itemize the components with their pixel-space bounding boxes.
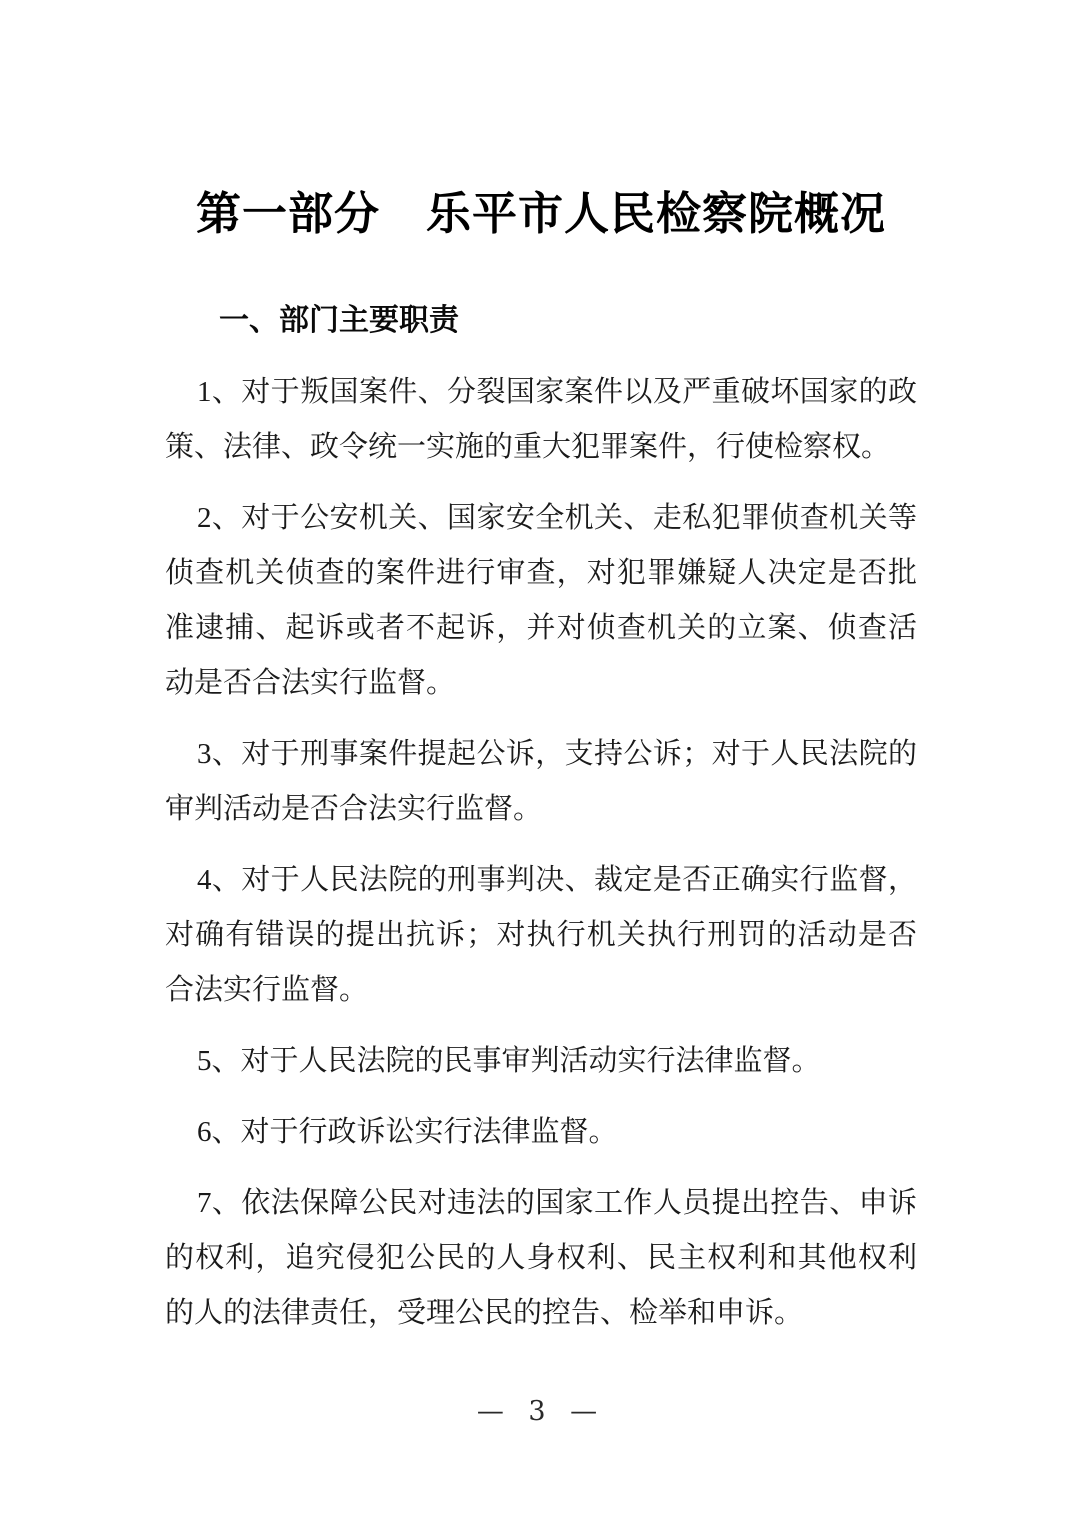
paragraph-3: 3、对于刑事案件提起公诉，支持公诉；对于人民法院的审判活动是否合法实行监督。 bbox=[165, 727, 917, 837]
paragraph-5: 5、对于人民法院的民事审判活动实行法律监督。 bbox=[165, 1034, 917, 1089]
document-title: 第一部分 乐平市人民检察院概况 bbox=[165, 0, 917, 245]
paragraph-4: 4、对于人民法院的刑事判决、裁定是否正确实行监督，对确有错误的提出抗诉；对执行机… bbox=[165, 853, 917, 1018]
paragraph-2: 2、对于公安机关、国家安全机关、走私犯罪侦查机关等侦查机关侦查的案件进行审查，对… bbox=[165, 491, 917, 711]
page-number: — 3 — bbox=[477, 1396, 597, 1427]
document-page: 第一部分 乐平市人民检察院概况 一、部门主要职责 1、对于叛国案件、分裂国家案件… bbox=[0, 0, 1074, 1520]
page-content: 第一部分 乐平市人民检察院概况 一、部门主要职责 1、对于叛国案件、分裂国家案件… bbox=[0, 0, 1074, 1341]
section-body: 1、对于叛国案件、分裂国家案件以及严重破坏国家的政策、法律、政令统一实施的重大犯… bbox=[165, 365, 917, 1341]
paragraph-1: 1、对于叛国案件、分裂国家案件以及严重破坏国家的政策、法律、政令统一实施的重大犯… bbox=[165, 365, 917, 475]
section-heading: 一、部门主要职责 bbox=[165, 303, 917, 339]
paragraph-7: 7、依法保障公民对违法的国家工作人员提出控告、申诉的权利，追究侵犯公民的人身权利… bbox=[165, 1176, 917, 1341]
page-footer: — 3 — bbox=[0, 1396, 1074, 1428]
paragraph-6: 6、对于行政诉讼实行法律监督。 bbox=[165, 1105, 917, 1160]
